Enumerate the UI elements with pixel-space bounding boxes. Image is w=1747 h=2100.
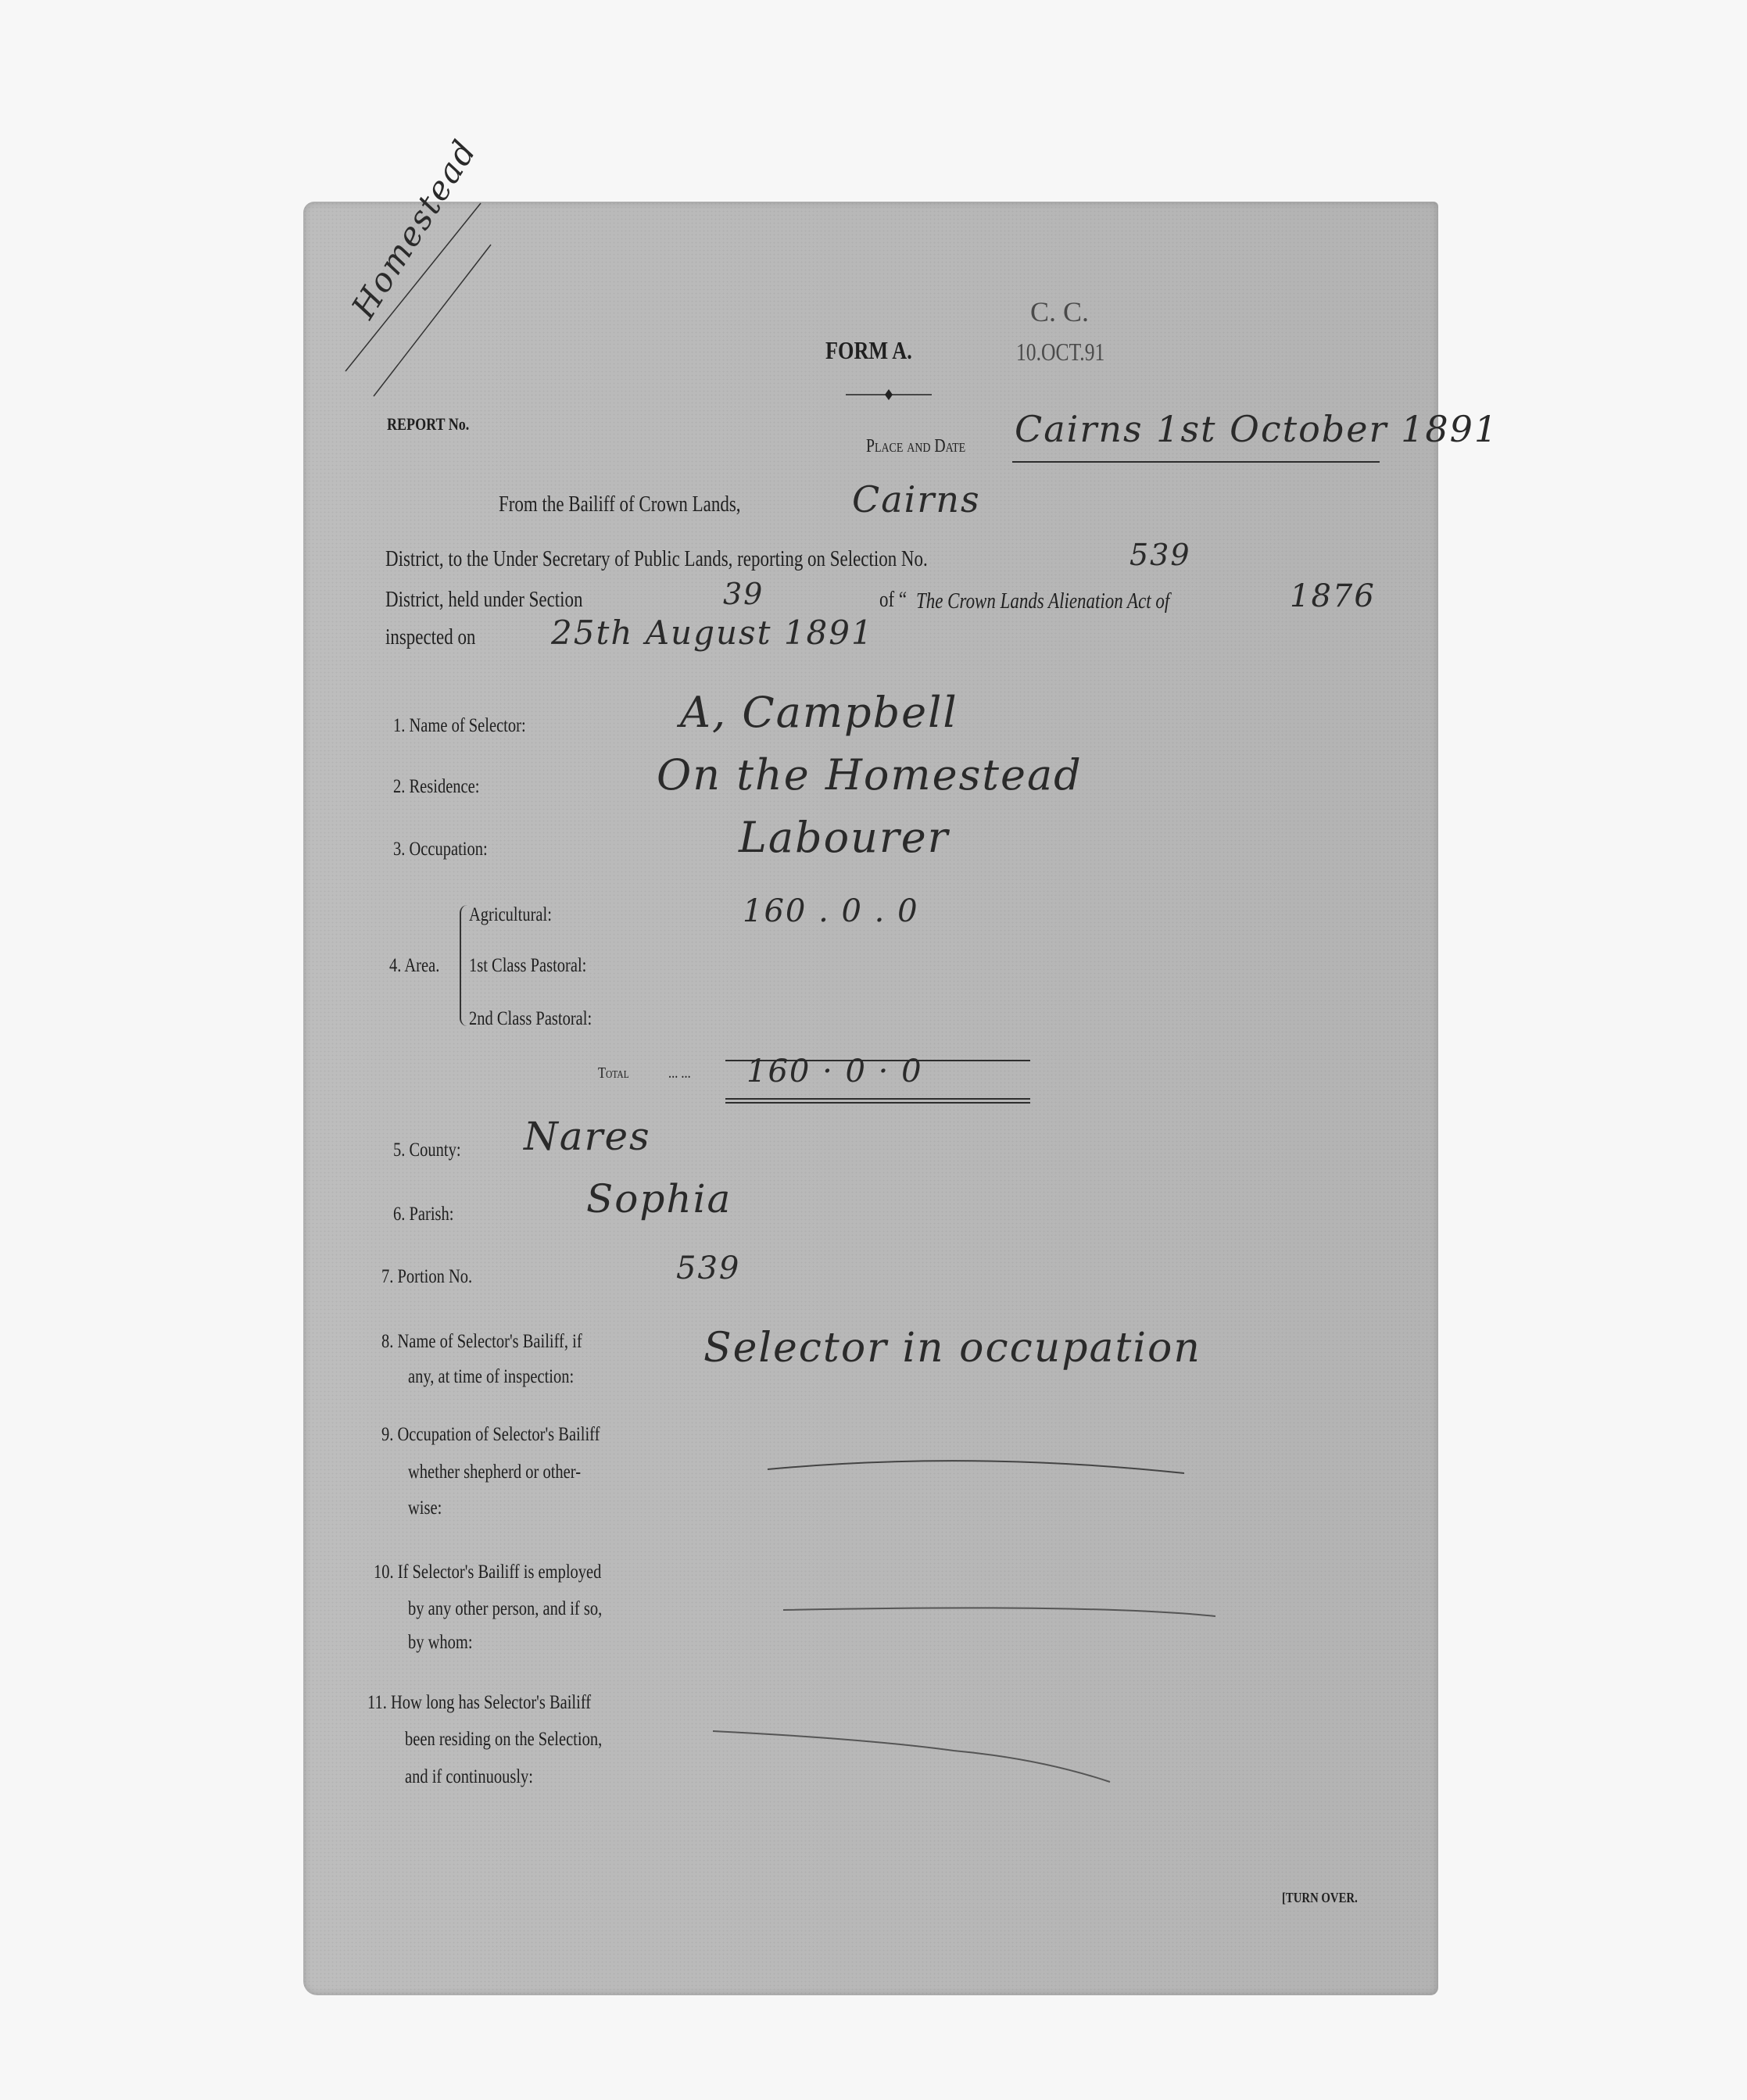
portion-no-label: 7. Portion No. <box>381 1266 472 1288</box>
bailiff-name-label-2: any, at time of inspection: <box>408 1366 574 1388</box>
inspected-on-value[interactable]: 25th August 1891 <box>551 614 874 652</box>
bailiff-residing-label-2: been residing on the Selection, <box>405 1729 602 1751</box>
received-stamp-office: C. C. <box>1030 295 1089 328</box>
inspected-on-label: inspected on <box>385 625 475 650</box>
occupation-value[interactable]: Labourer <box>739 813 950 862</box>
place-and-date-value[interactable]: Cairns 1st October 1891 <box>1015 408 1498 450</box>
parish-value[interactable]: Sophia <box>586 1176 732 1222</box>
portion-no-value[interactable]: 539 <box>676 1250 740 1286</box>
selector-name-value[interactable]: A, Campbell <box>680 688 958 737</box>
bailiff-residing-label-1: 11. How long has Selector's Bailiff <box>367 1692 591 1714</box>
area-agricultural-label: Agricultural: <box>469 904 552 926</box>
received-stamp-date: 10.OCT.91 <box>1016 338 1104 367</box>
margin-annotation-lines <box>336 199 492 402</box>
turn-over-note: [TURN OVER. <box>1282 1890 1358 1906</box>
area-brace <box>460 905 469 1026</box>
bailiff-occupation-label-3: wise: <box>408 1497 442 1519</box>
ornament-divider <box>846 387 932 402</box>
area-second-class-label: 2nd Class Pastoral: <box>469 1008 592 1030</box>
report-no-label: REPORT No. <box>387 414 469 435</box>
act-name: The Crown Lands Alienation Act of <box>916 589 1169 614</box>
bailiff-name-label-1: 8. Name of Selector's Bailiff, if <box>381 1331 582 1353</box>
place-and-date-underline <box>1012 461 1380 463</box>
place-and-date-label: Place and Date <box>866 436 965 457</box>
act-prefix: of “ <box>879 588 907 613</box>
area-label: 4. Area. <box>389 955 439 977</box>
area-total-label: Total <box>598 1064 629 1082</box>
form-title: FORM A. <box>825 336 912 365</box>
bailiff-employed-label-1: 10. If Selector's Bailiff is employed <box>374 1562 601 1583</box>
total-double-rule-2 <box>725 1102 1030 1104</box>
selection-no-value[interactable]: 539 <box>1129 538 1191 572</box>
area-first-class-label: 1st Class Pastoral: <box>469 955 586 977</box>
held-under-section-label: District, held under Section <box>385 588 583 613</box>
district-label: District, to the Under Secretary of Publ… <box>385 547 928 572</box>
area-total-dots: ... ... <box>668 1064 691 1082</box>
area-total-value[interactable]: 160 · 0 · 0 <box>746 1054 923 1089</box>
county-value[interactable]: Nares <box>524 1114 651 1159</box>
bailiff-employed-dash[interactable] <box>782 1602 1219 1618</box>
occupation-label: 3. Occupation: <box>393 839 488 860</box>
residence-label: 2. Residence: <box>393 776 479 798</box>
bailiff-name-value[interactable]: Selector in occupation <box>703 1325 1201 1372</box>
section-value[interactable]: 39 <box>723 577 764 611</box>
selector-name-label: 1. Name of Selector: <box>393 715 526 737</box>
bailiff-residing-label-3: and if continuously: <box>405 1766 533 1788</box>
total-double-rule-1 <box>725 1098 1030 1100</box>
bailiff-residing-dash[interactable] <box>711 1727 1149 1790</box>
act-year-value[interactable]: 1876 <box>1290 578 1376 614</box>
bailiff-occupation-label-1: 9. Occupation of Selector's Bailiff <box>381 1424 600 1446</box>
area-agricultural-value[interactable]: 160 . 0 . 0 <box>743 893 919 929</box>
bailiff-occupation-dash[interactable] <box>766 1454 1188 1477</box>
bailiff-employed-label-2: by any other person, and if so, <box>408 1598 602 1620</box>
county-label: 5. County: <box>393 1139 461 1161</box>
from-bailiff-value[interactable]: Cairns <box>852 478 981 521</box>
from-bailiff-label: From the Bailiff of Crown Lands, <box>499 492 741 517</box>
bailiff-employed-label-3: by whom: <box>408 1632 473 1654</box>
bailiff-occupation-label-2: whether shepherd or other- <box>408 1461 581 1483</box>
parish-label: 6. Parish: <box>393 1204 453 1225</box>
residence-value[interactable]: On the Homestead <box>657 750 1083 800</box>
